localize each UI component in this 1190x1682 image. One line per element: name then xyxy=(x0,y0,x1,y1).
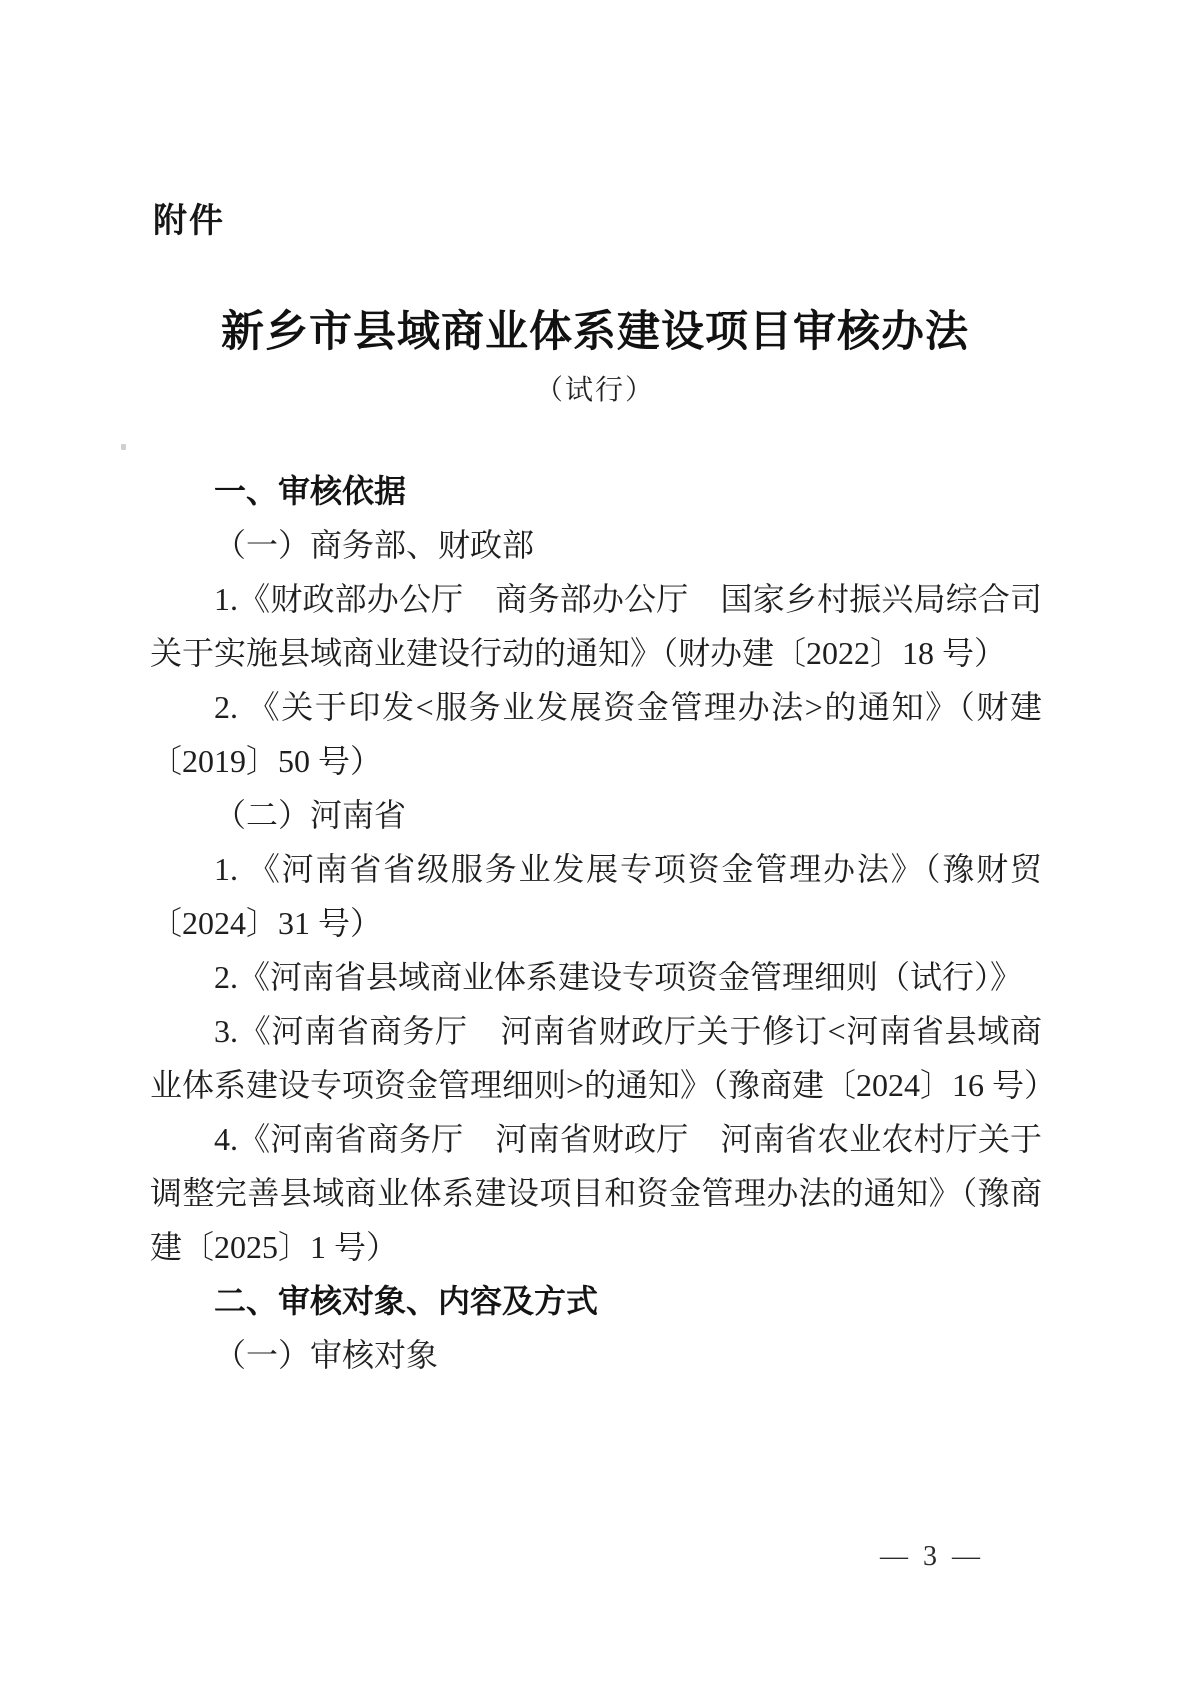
paragraph-item-4: 2.《河南省县域商业体系建设专项资金管理细则（试行）》 xyxy=(150,950,1042,1004)
subsection-heading-3: （一）审核对象 xyxy=(150,1328,1042,1382)
scanned-document-page: 附件 新乡市县域商业体系建设项目审核办法 （试行） 一、审核依据（一）商务部、财… xyxy=(0,0,1190,1682)
attachment-label: 附件 xyxy=(153,193,225,242)
scan-artifact-speck xyxy=(121,444,126,450)
document-title: 新乡市县域商业体系建设项目审核办法 xyxy=(0,298,1190,359)
subsection-heading-1: （一）商务部、财政部 xyxy=(150,518,1042,572)
section-heading-2: 二、审核对象、内容及方式 xyxy=(150,1274,1042,1328)
page-number: — 3 — xyxy=(880,1541,984,1573)
section-heading-1: 一、审核依据 xyxy=(150,464,1042,518)
document-subtitle: （试行） xyxy=(0,368,1190,408)
paragraph-item-5: 3.《河南省商务厅 河南省财政厅关于修订<河南省县域商业体系建设专项资金管理细则… xyxy=(150,1004,1042,1112)
paragraph-item-2: 2. 《关于印发<服务业发展资金管理办法>的通知》（财建〔2019〕50 号） xyxy=(150,680,1042,788)
paragraph-item-3: 1. 《河南省省级服务业发展专项资金管理办法》（豫财贸〔2024〕31 号） xyxy=(150,842,1042,950)
paragraph-item-1: 1.《财政部办公厅 商务部办公厅 国家乡村振兴局综合司关于实施县域商业建设行动的… xyxy=(150,572,1042,680)
document-body: 一、审核依据（一）商务部、财政部1.《财政部办公厅 商务部办公厅 国家乡村振兴局… xyxy=(150,464,1042,1382)
subsection-heading-2: （二）河南省 xyxy=(150,788,1042,842)
paragraph-item-6: 4.《河南省商务厅 河南省财政厅 河南省农业农村厅关于调整完善县域商业体系建设项… xyxy=(150,1112,1042,1274)
